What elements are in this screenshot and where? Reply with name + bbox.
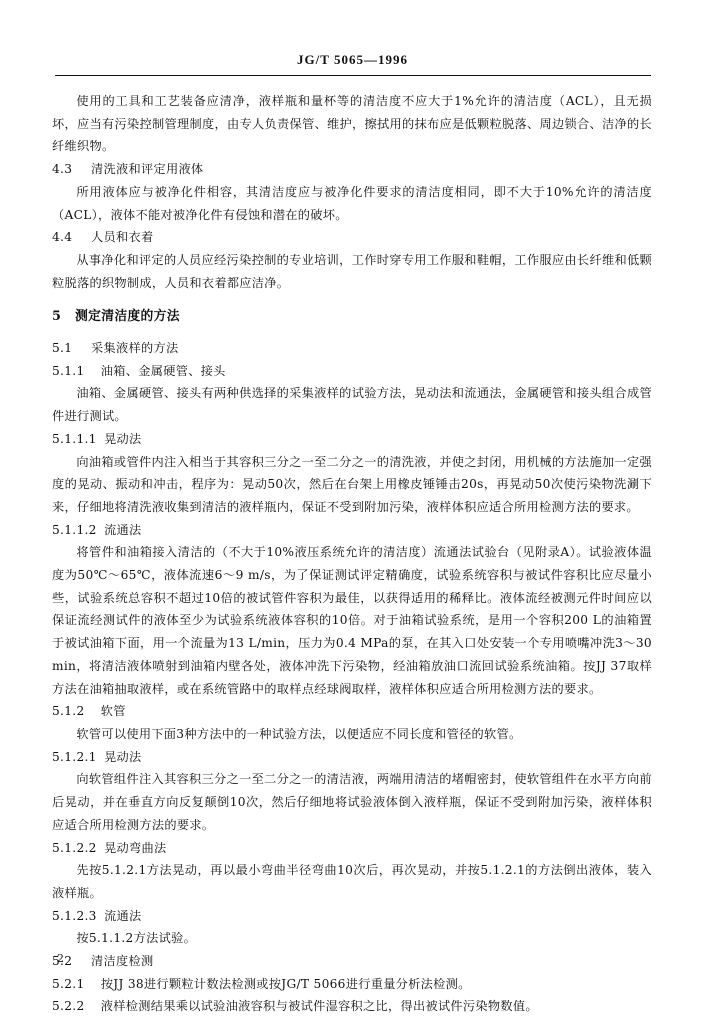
document-body: 使用的工具和工艺装备应清净，液样瓶和量杯等的清洁度不应大于1%允许的清洁度（AC… xyxy=(52,90,652,1018)
section-number: 5.2.1 xyxy=(52,973,93,996)
paragraph: 将管件和油箱接入清洁的（不大于10%液压系统允许的清洁度）流通法试验台（见附录A… xyxy=(52,541,652,700)
section-heading-5-1-1-1: 5.1.1.1晃动法 xyxy=(52,428,652,451)
section-heading-5-1-2-2: 5.1.2.2晃动弯曲法 xyxy=(52,837,652,860)
paragraph: 向油箱或管件内注入相当于其容积三分之一至二分之一的清洗液，并使之封闭，用机械的方… xyxy=(52,451,652,519)
section-number: 5.1.2.1 xyxy=(52,746,97,769)
section-number: 5.1.1 xyxy=(52,360,93,383)
chapter-heading-5: 5测定清洁度的方法 xyxy=(52,306,652,329)
section-number: 4.4 xyxy=(52,226,84,249)
section-number: 5.1.2 xyxy=(52,700,93,723)
page-header: JG/T 5065—1996 xyxy=(0,52,705,68)
paragraph: 按5.1.1.2方法试验。 xyxy=(52,927,652,950)
section-heading-5-1: 5.1采集液样的方法 xyxy=(52,337,652,360)
section-heading-4-3: 4.3清洗液和评定用液体 xyxy=(52,158,652,181)
page-number: 2 xyxy=(57,952,64,965)
section-title: 清洗液和评定用液体 xyxy=(91,162,203,176)
paragraph: 向软管组件注入其容积三分之一至二分之一的清洁液，两端用清洁的堵帽密封，使软管组件… xyxy=(52,768,652,836)
section-number: 5.1.1.2 xyxy=(52,519,97,542)
section-number: 5.1.2.2 xyxy=(52,837,97,860)
clause-text: 按JJ 38进行颗粒计数法检测或按JG/T 5066进行重量分析法检测。 xyxy=(101,977,471,991)
clause-5-2-1: 5.2.1按JJ 38进行颗粒计数法检测或按JG/T 5066进行重量分析法检测… xyxy=(52,973,652,996)
section-number: 5.1.2.3 xyxy=(52,905,97,928)
section-title: 晃动法 xyxy=(104,432,141,446)
clause-5-2-2: 5.2.2液样检测结果乘以试验油液容积与被试件湿容积之比，得出被试件污染物数值。 xyxy=(52,995,652,1018)
section-heading-5-1-2-3: 5.1.2.3流通法 xyxy=(52,905,652,928)
header-rule xyxy=(55,75,651,76)
section-title: 晃动法 xyxy=(104,750,141,764)
section-heading-5-1-1: 5.1.1油箱、金属硬管、接头 xyxy=(52,360,652,383)
paragraph: 从事净化和评定的人员应经污染控制的专业培训，工作时穿专用工作服和鞋帽，工作服应由… xyxy=(52,249,652,294)
clause-text: 液样检测结果乘以试验油液容积与被试件湿容积之比，得出被试件污染物数值。 xyxy=(101,999,538,1013)
section-title: 油箱、金属硬管、接头 xyxy=(101,364,226,378)
section-title: 流通法 xyxy=(104,523,141,537)
paragraph: 使用的工具和工艺装备应清净，液样瓶和量杯等的清洁度不应大于1%允许的清洁度（AC… xyxy=(52,90,652,158)
section-number: 5.2.2 xyxy=(52,995,93,1018)
paragraph: 油箱、金属硬管、接头有两种供选择的采集液样的试验方法，晃动法和流通法，金属硬管和… xyxy=(52,382,652,427)
paragraph: 所用液体应与被净化件相容，其清洁度应与被净化件要求的清洁度相同，即不大于10%允… xyxy=(52,181,652,226)
section-title: 晃动弯曲法 xyxy=(104,841,166,855)
section-heading-5-1-2-1: 5.1.2.1晃动法 xyxy=(52,746,652,769)
paragraph: 软管可以使用下面3种方法中的一种试验方法，以便适应不同长度和管径的软管。 xyxy=(52,723,652,746)
section-title: 软管 xyxy=(101,704,126,718)
paragraph: 先按5.1.2.1方法晃动，再以最小弯曲半径弯曲10次后，再次晃动，并按5.1.… xyxy=(52,859,652,904)
section-title: 清洁度检测 xyxy=(91,954,153,968)
section-heading-5-1-1-2: 5.1.1.2流通法 xyxy=(52,519,652,542)
chapter-title: 测定清洁度的方法 xyxy=(75,309,180,324)
section-heading-4-4: 4.4人员和衣着 xyxy=(52,226,652,249)
chapter-number: 5 xyxy=(52,306,67,329)
section-heading-5-2: 5.2清洁度检测 xyxy=(52,950,652,973)
section-number: 5.1.1.1 xyxy=(52,428,97,451)
section-heading-5-1-2: 5.1.2软管 xyxy=(52,700,652,723)
section-title: 流通法 xyxy=(104,909,141,923)
section-title: 人员和衣着 xyxy=(91,230,153,244)
section-title: 采集液样的方法 xyxy=(91,341,178,355)
section-number: 4.3 xyxy=(52,158,84,181)
section-number: 5.1 xyxy=(52,337,84,360)
